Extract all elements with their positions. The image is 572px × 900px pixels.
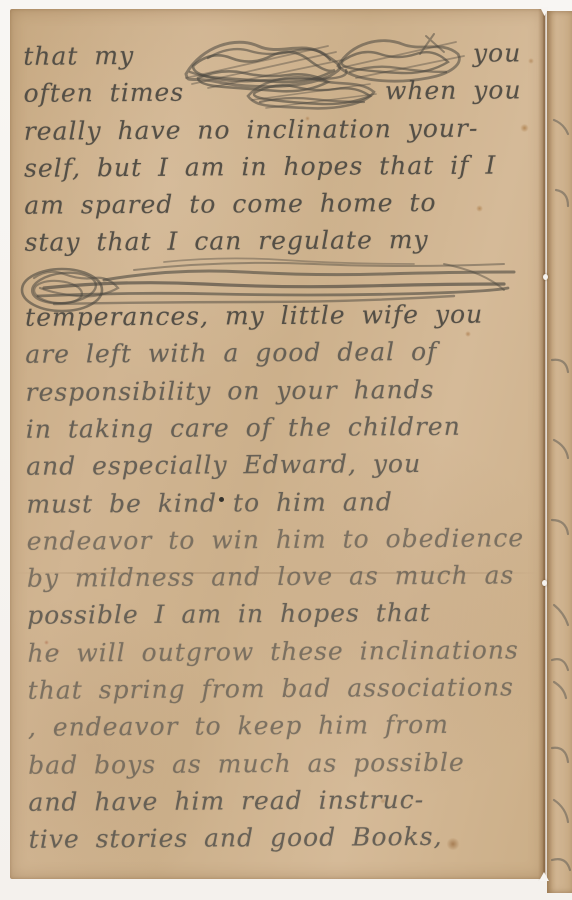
pencil-strike-through-line xyxy=(14,254,526,320)
letter-line: self, but I am in hopes that if I xyxy=(24,146,536,187)
letter-line: bad boys as much as possible xyxy=(28,743,540,784)
foxing-spot xyxy=(520,124,529,132)
letter-line: in taking care of the children xyxy=(26,407,538,448)
letter-line: responsibility on your hands xyxy=(25,370,537,411)
pinhole xyxy=(543,274,548,280)
foxing-spot xyxy=(305,116,310,121)
letter-word-group: you xyxy=(473,34,522,72)
adjacent-page-writing-fragments xyxy=(550,60,572,880)
foxing-spot xyxy=(56,649,60,653)
letter-word-group: often times xyxy=(23,74,184,112)
letter-line: by mildness and love as much as xyxy=(27,556,539,597)
letter-line: , endeavor to keep him from xyxy=(28,706,540,747)
letter-line: and especially Edward, you xyxy=(26,444,538,485)
letter-line: he will outgrow these inclinations xyxy=(27,631,539,672)
letter-line: tive stories and good Books, xyxy=(29,817,541,858)
scanned-letter: that my you often times when you really … xyxy=(0,0,572,900)
foxing-spot xyxy=(476,205,483,212)
letter-line: and have him read instruc- xyxy=(28,780,540,821)
foxing-spot xyxy=(44,640,49,645)
handwritten-text: that my you often times when you really … xyxy=(23,34,541,858)
letter-line: possible I am in hopes that xyxy=(27,594,539,635)
foxing-spot xyxy=(528,58,534,64)
letter-line: are left with a good deal of xyxy=(25,333,537,374)
letter-line: endeavor to win him to obedience xyxy=(27,519,539,560)
foxing-spot xyxy=(446,838,460,850)
letter-line: that spring from bad associations xyxy=(28,668,540,709)
pencil-scribble-redaction xyxy=(242,66,382,118)
ink-dot xyxy=(219,497,224,502)
letter-line: must be kind to him and xyxy=(26,482,538,523)
foxing-spot xyxy=(465,331,471,337)
letter-word-group: that my xyxy=(23,37,134,75)
foxing-spot xyxy=(380,798,386,804)
pinhole xyxy=(542,580,547,586)
letter-line: am spared to come home to xyxy=(24,183,536,224)
